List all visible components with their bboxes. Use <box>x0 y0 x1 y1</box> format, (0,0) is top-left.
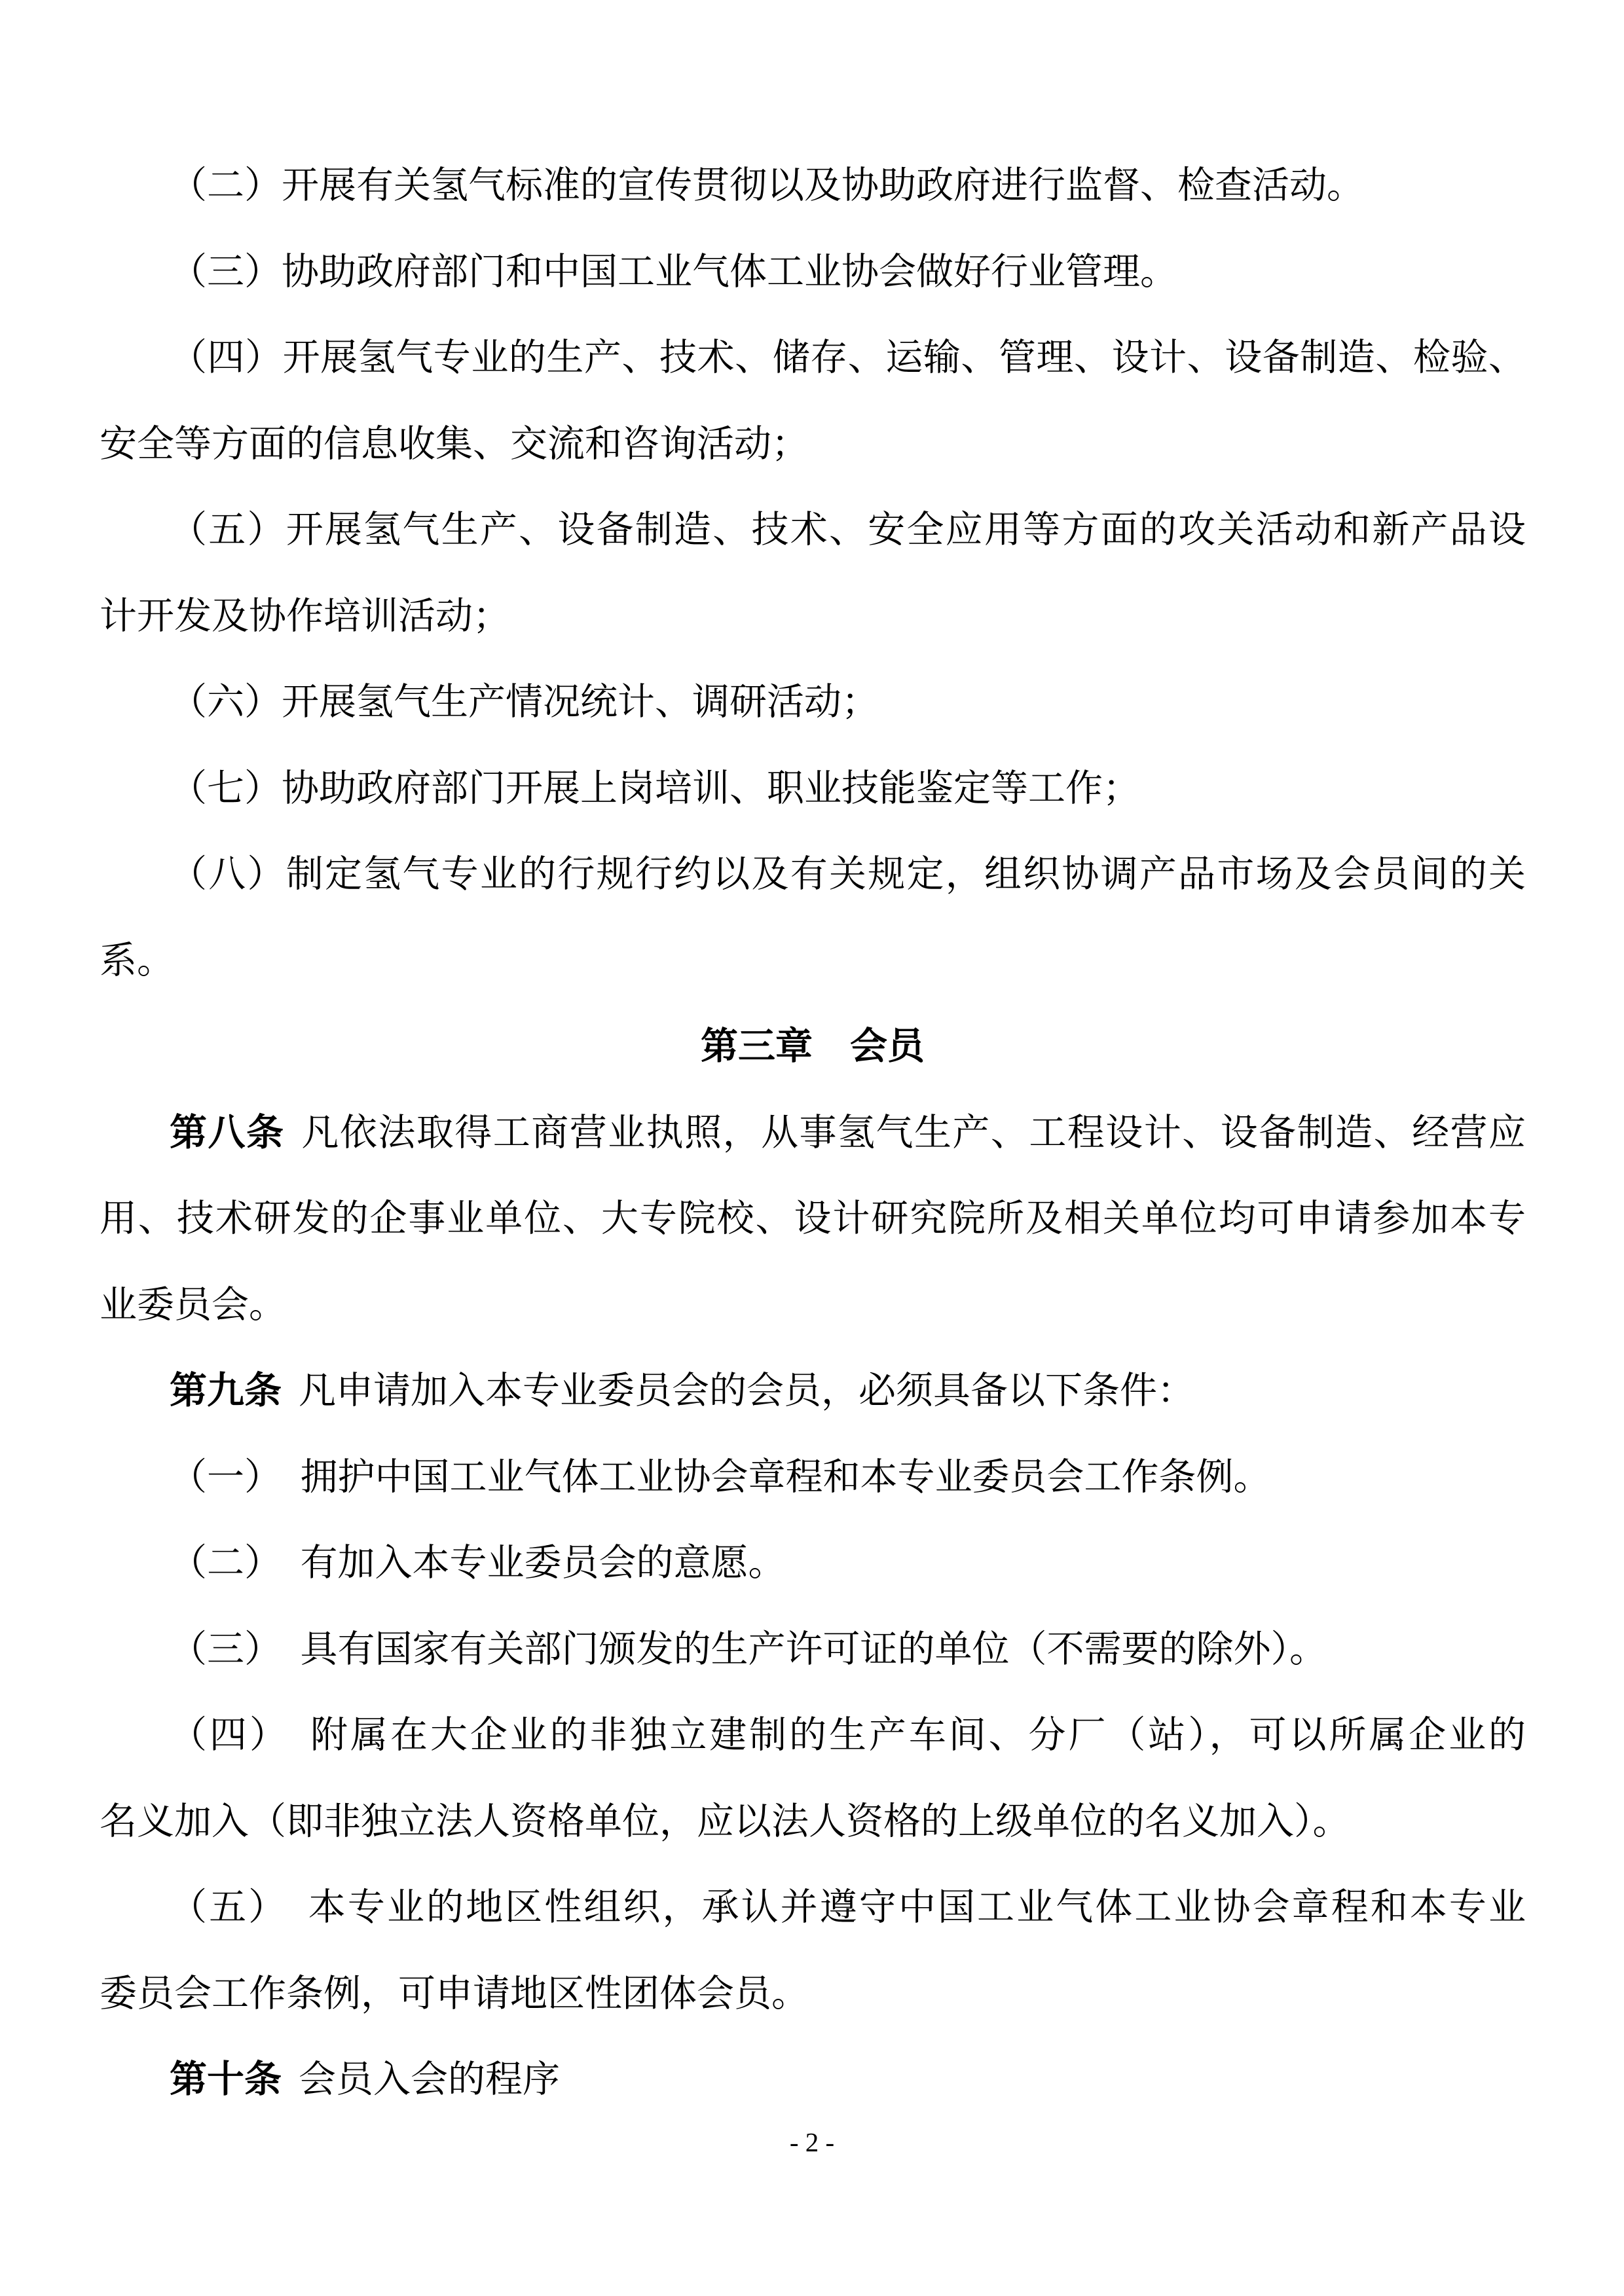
article-10-text: 会员入会的程序 <box>299 2059 560 2100</box>
condition-item-4-line-1: （四） 附属在大企业的非独立建制的生产车间、分厂（站），可以所属企业的 <box>100 1692 1526 1779</box>
page-number: - 2 - <box>0 2123 1624 2162</box>
article-9-line-1: 第九条凡申请加入本专业委员会的会员，必须具备以下条件： <box>100 1348 1526 1434</box>
condition-item-5-line-1: （五） 本专业的地区性组织，承认并遵守中国工业气体工业协会章程和本专业 <box>100 1865 1526 1951</box>
document-page: （二）开展有关氢气标准的宣传贯彻以及协助政府进行监督、检查活动。 （三）协助政府… <box>0 0 1624 2296</box>
condition-item-3: （三） 具有国家有关部门颁发的生产许可证的单位（不需要的除外）。 <box>100 1607 1526 1693</box>
list-item-4-line-1: （四）开展氢气专业的生产、技术、储存、运输、管理、设计、设备制造、检验、 <box>100 315 1526 401</box>
article-8-text: 凡依法取得工商营业执照，从事氢气生产、工程设计、设备制造、经营应 <box>301 1112 1526 1154</box>
document-body: （二）开展有关氢气标准的宣传贯彻以及协助政府进行监督、检查活动。 （三）协助政府… <box>100 143 1526 2123</box>
list-item-5-line-1: （五）开展氢气生产、设备制造、技术、安全应用等方面的攻关活动和新产品设 <box>100 487 1526 574</box>
list-item-6: （六）开展氢气生产情况统计、调研活动； <box>100 659 1526 746</box>
list-item-7: （七）协助政府部门开展上岗培训、职业技能鉴定等工作； <box>100 746 1526 832</box>
condition-item-5-line-2: 委员会工作条例，可申请地区性团体会员。 <box>100 1951 1526 2037</box>
article-8-line-1: 第八条凡依法取得工商营业执照，从事氢气生产、工程设计、设备制造、经营应 <box>100 1090 1526 1176</box>
condition-item-4-line-2: 名义加入（即非独立法人资格单位，应以法人资格的上级单位的名义加入）。 <box>100 1779 1526 1865</box>
article-9-label: 第九条 <box>170 1370 282 1412</box>
condition-item-1: （一） 拥护中国工业气体工业协会章程和本专业委员会工作条例。 <box>100 1434 1526 1521</box>
article-8-line-3: 业委员会。 <box>100 1262 1526 1349</box>
list-item-4-line-2: 安全等方面的信息收集、交流和咨询活动； <box>100 401 1526 488</box>
article-8-line-2: 用、技术研发的企事业单位、大专院校、设计研究院所及相关单位均可申请参加本专 <box>100 1176 1526 1262</box>
list-item-2: （二）开展有关氢气标准的宣传贯彻以及协助政府进行监督、检查活动。 <box>100 143 1526 229</box>
list-item-3: （三）协助政府部门和中国工业气体工业协会做好行业管理。 <box>100 229 1526 316</box>
list-item-8-line-1: （八）制定氢气专业的行规行约以及有关规定，组织协调产品市场及会员间的关 <box>100 831 1526 918</box>
list-item-5-line-2: 计开发及协作培训活动； <box>100 574 1526 660</box>
article-9-text: 凡申请加入本专业委员会的会员，必须具备以下条件： <box>299 1370 1194 1412</box>
article-8-label: 第八条 <box>170 1112 284 1154</box>
list-item-8-line-2: 系。 <box>100 918 1526 1004</box>
article-10-label: 第十条 <box>170 2059 282 2100</box>
chapter-heading: 第三章 会员 <box>100 1004 1526 1090</box>
condition-item-2: （二） 有加入本专业委员会的意愿。 <box>100 1520 1526 1607</box>
article-10-line: 第十条会员入会的程序 <box>100 2037 1526 2123</box>
